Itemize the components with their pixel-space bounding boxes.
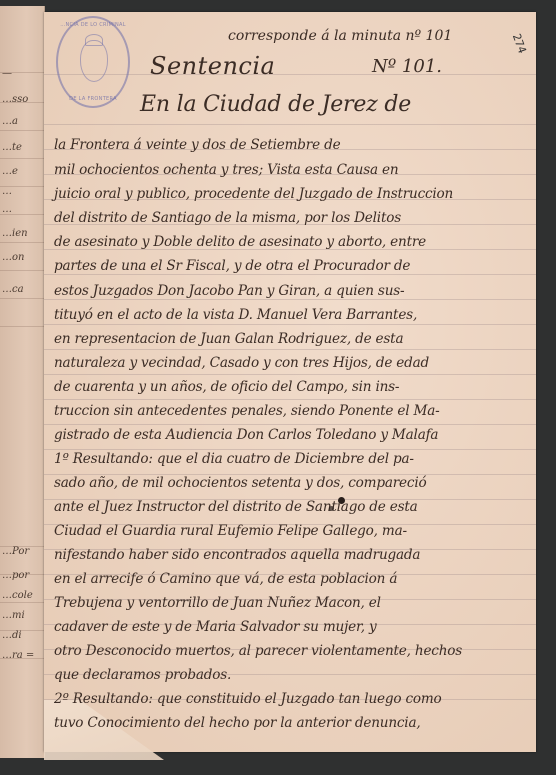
coat-of-arms-icon xyxy=(80,40,108,82)
text-line: en representacion de Juan Galan Rodrigue… xyxy=(54,331,403,347)
ruled-line xyxy=(44,324,536,325)
text-line: truccion sin antecedentes penales, siend… xyxy=(54,403,440,419)
ruled-line xyxy=(0,242,44,243)
margin-fragment: …cole xyxy=(2,590,33,601)
margin-fragment: …te xyxy=(2,142,22,153)
margin-fragment: … xyxy=(2,204,12,215)
ruled-line xyxy=(0,298,44,299)
text-line: otro Desconocido muertos, al parecer vio… xyxy=(54,643,462,659)
ruled-line xyxy=(0,326,44,327)
text-line: cadaver de este y de Maria Salvador su m… xyxy=(54,619,377,635)
margin-fragment: …ien xyxy=(2,228,28,239)
margin-fragment: … xyxy=(2,186,12,197)
margin-fragment: …sso xyxy=(2,94,28,105)
ruled-line xyxy=(0,270,44,271)
text-line: estos Juzgados Don Jacobo Pan y Giran, a… xyxy=(54,283,404,299)
text-line: de cuarenta y un años, de oficio del Cam… xyxy=(54,379,399,395)
ruled-line xyxy=(44,424,536,425)
margin-fragment: …a xyxy=(2,116,18,127)
ruled-line xyxy=(44,274,536,275)
margin-fragment: …e xyxy=(2,166,18,177)
text-line: que declaramos probados. xyxy=(54,667,231,683)
stamp-bottom-text: DE LA FRONTERA xyxy=(58,96,128,102)
text-line: partes de una el Sr Fiscal, y de otra el… xyxy=(54,258,410,274)
ruled-line xyxy=(44,299,536,300)
ruled-line xyxy=(44,349,536,350)
text-line: sado año, de mil ochocientos setenta y d… xyxy=(54,475,426,491)
text-line: Trebujena y ventorrillo de Juan Nuñez Ma… xyxy=(54,595,381,611)
text-line: En la Ciudad de Jerez de xyxy=(140,92,411,117)
text-line: gistrado de esta Audiencia Don Carlos To… xyxy=(54,427,438,443)
text-line: juicio oral y publico, procedente del Ju… xyxy=(54,186,453,202)
ink-blot xyxy=(329,506,334,511)
stamp-top-text: …NCIA DE LO CRIMINAL xyxy=(58,22,128,28)
text-line: la Frontera á veinte y dos de Setiembre … xyxy=(54,137,340,153)
text-line: 2º Resultando: que constituido el Juzgad… xyxy=(54,691,442,707)
ruled-line xyxy=(0,130,44,131)
ruled-line xyxy=(44,449,536,450)
text-line: tituyó en el acto de la vista D. Manuel … xyxy=(54,307,417,323)
text-line: 1º Resultando: que el dia cuatro de Dici… xyxy=(54,451,414,467)
margin-fragment: …ca xyxy=(2,284,24,295)
minute-reference-note: corresponde á la minuta nº 101 xyxy=(228,28,452,44)
text-line: naturaleza y vecindad, Casado y con tres… xyxy=(54,355,429,371)
margin-fragment: …mi xyxy=(2,610,25,621)
text-line: Ciudad el Guardia rural Eufemio Felipe G… xyxy=(54,523,407,539)
text-line: ante el Juez Instructor del distrito de … xyxy=(54,499,418,515)
margin-fragment: …di xyxy=(2,630,22,641)
text-line: del distrito de Santiago de la misma, po… xyxy=(54,210,401,226)
text-line: en el arrecife ó Camino que vá, de esta … xyxy=(54,571,397,587)
previous-page-edge: — …sso …a …te …e … … …ien …on …ca …Por …… xyxy=(0,6,45,758)
ruled-line xyxy=(0,602,44,603)
margin-fragment: …por xyxy=(2,570,29,581)
margin-fragment: — xyxy=(2,68,12,79)
margin-fragment: …Por xyxy=(2,546,29,557)
ruled-line xyxy=(0,158,44,159)
text-line: nifestando haber sido encontrados aquell… xyxy=(54,547,420,563)
ruled-line xyxy=(44,374,536,375)
sentence-number: Nº 101. xyxy=(372,56,442,77)
ruled-line xyxy=(44,399,536,400)
document-title: Sentencia xyxy=(150,52,275,80)
text-line: de asesinato y Doble delito de asesinato… xyxy=(54,234,426,250)
margin-fragment: …on xyxy=(2,252,24,263)
ruled-line xyxy=(44,124,536,125)
court-stamp: …NCIA DE LO CRIMINAL DE LA FRONTERA xyxy=(56,16,130,108)
margin-fragment: …ra = xyxy=(2,650,34,661)
text-line: mil ochocientos ochenta y tres; Vista es… xyxy=(54,162,398,178)
ink-blot xyxy=(338,497,345,504)
text-line: tuvo Conocimiento del hecho por la anter… xyxy=(54,715,420,731)
